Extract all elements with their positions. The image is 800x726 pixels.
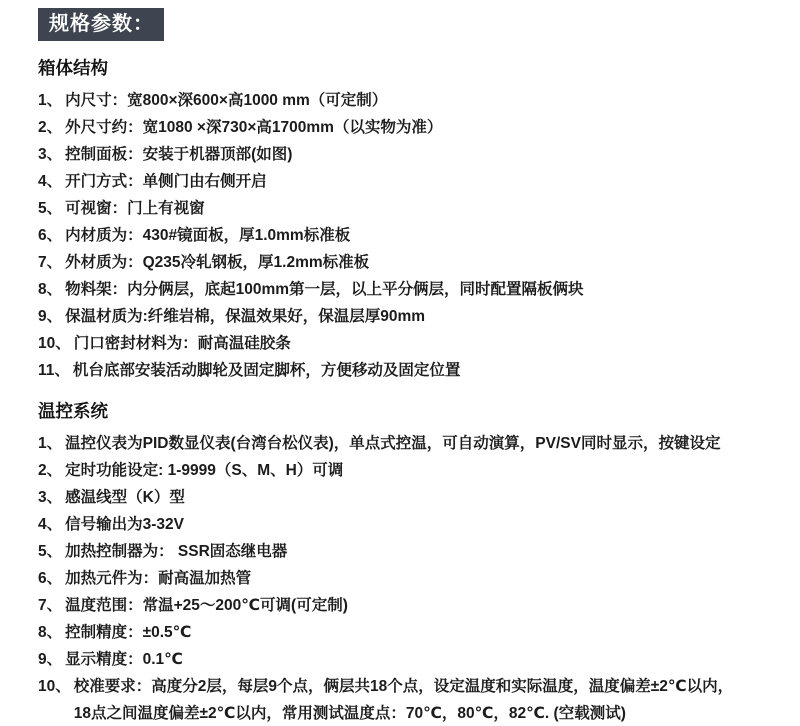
item-number: 3、 <box>38 141 62 168</box>
spec-item: 3、感温线型（K）型 <box>38 484 770 511</box>
item-number: 9、 <box>38 646 62 673</box>
item-text: 温度范围：常温+25～200℃可调(可定制) <box>65 592 770 619</box>
item-text: 控制面板：安装于机器顶部(如图) <box>65 141 770 168</box>
item-number: 6、 <box>38 565 62 592</box>
box-structure-list: 1、内尺寸：宽800×深600×高1000 mm（可定制） 2、外尺寸约：宽10… <box>38 87 770 384</box>
section-box-structure: 箱体结构 1、内尺寸：宽800×深600×高1000 mm（可定制） 2、外尺寸… <box>38 57 770 384</box>
section-temp-control: 温控系统 1、温控仪表为PID数显仪表(台湾台松仪表)，单点式控温，可自动演算，… <box>38 400 770 726</box>
section-title-box-structure: 箱体结构 <box>38 57 770 79</box>
item-text: 外尺寸约：宽1080 ×深730×高1700mm（以实物为准） <box>65 114 770 141</box>
spec-item: 2、外尺寸约：宽1080 ×深730×高1700mm（以实物为准） <box>38 114 770 141</box>
spec-item: 8、物料架：内分俩层，底起100mm第一层，以上平分俩层，同时配置隔板俩块 <box>38 276 770 303</box>
spec-item: 5、加热控制器为： SSR固态继电器 <box>38 538 770 565</box>
spec-item: 7、温度范围：常温+25～200℃可调(可定制) <box>38 592 770 619</box>
item-number: 2、 <box>38 457 62 484</box>
section-title-temp-control: 温控系统 <box>38 400 770 422</box>
item-number: 4、 <box>38 511 62 538</box>
item-text: 外材质为：Q235冷轧钢板，厚1.2mm标准板 <box>65 249 770 276</box>
spec-item: 1、内尺寸：宽800×深600×高1000 mm（可定制） <box>38 87 770 114</box>
spec-item: 6、内材质为：430#镜面板，厚1.0mm标准板 <box>38 222 770 249</box>
item-number: 3、 <box>38 484 62 511</box>
item-text: 内尺寸：宽800×深600×高1000 mm（可定制） <box>65 87 770 114</box>
item-number: 7、 <box>38 592 62 619</box>
spec-item: 9、显示精度：0.1℃ <box>38 646 770 673</box>
item-text: 信号输出为3-32V <box>65 511 770 538</box>
item-text: 加热控制器为： SSR固态继电器 <box>65 538 770 565</box>
item-number: 7、 <box>38 249 62 276</box>
item-text: 定时功能设定: 1-9999（S、M、H）可调 <box>65 457 770 484</box>
item-number: 8、 <box>38 619 62 646</box>
spec-item: 10、门口密封材料为：耐高温硅胶条 <box>38 330 770 357</box>
spec-item: 11、机台底部安装活动脚轮及固定脚杯，方便移动及固定位置 <box>38 357 770 384</box>
item-number: 10、 <box>38 673 71 700</box>
item-text: 校准要求：高度分2层，每层9个点，俩层共18个点，设定温度和实际温度，温度偏差±… <box>74 673 770 726</box>
item-number: 1、 <box>38 87 62 114</box>
item-text: 门口密封材料为：耐高温硅胶条 <box>74 330 770 357</box>
item-number: 10、 <box>38 330 71 357</box>
item-number: 2、 <box>38 114 62 141</box>
item-text: 机台底部安装活动脚轮及固定脚杯，方便移动及固定位置 <box>73 357 770 384</box>
spec-item: 9、保温材质为:纤维岩棉，保温效果好，保温层厚90mm <box>38 303 770 330</box>
item-number: 11、 <box>38 357 70 384</box>
item-text: 加热元件为：耐高温加热管 <box>65 565 770 592</box>
spec-item: 6、加热元件为：耐高温加热管 <box>38 565 770 592</box>
spec-item: 2、定时功能设定: 1-9999（S、M、H）可调 <box>38 457 770 484</box>
item-text: 开门方式：单侧门由右侧开启 <box>65 168 770 195</box>
item-text: 温控仪表为PID数显仪表(台湾台松仪表)，单点式控温，可自动演算，PV/SV同时… <box>65 430 770 457</box>
item-number: 4、 <box>38 168 62 195</box>
item-text: 可视窗：门上有视窗 <box>65 195 770 222</box>
spec-item: 3、控制面板：安装于机器顶部(如图) <box>38 141 770 168</box>
item-number: 6、 <box>38 222 62 249</box>
spec-item: 7、外材质为：Q235冷轧钢板，厚1.2mm标准板 <box>38 249 770 276</box>
item-text-line: 18点之间温度偏差±2℃以内，常用测试温度点：70℃，80℃，82℃. (空载测… <box>74 700 770 726</box>
item-number: 5、 <box>38 195 62 222</box>
spec-item: 1、温控仪表为PID数显仪表(台湾台松仪表)，单点式控温，可自动演算，PV/SV… <box>38 430 770 457</box>
item-text: 控制精度：±0.5℃ <box>65 619 770 646</box>
item-text-line: 校准要求：高度分2层，每层9个点，俩层共18个点，设定温度和实际温度，温度偏差±… <box>74 673 770 700</box>
spec-document-page: 规格参数： 箱体结构 1、内尺寸：宽800×深600×高1000 mm（可定制）… <box>0 0 800 726</box>
spec-item: 5、可视窗：门上有视窗 <box>38 195 770 222</box>
spec-item: 8、控制精度：±0.5℃ <box>38 619 770 646</box>
item-text: 物料架：内分俩层，底起100mm第一层，以上平分俩层，同时配置隔板俩块 <box>65 276 770 303</box>
item-number: 5、 <box>38 538 62 565</box>
spec-item: 4、开门方式：单侧门由右侧开启 <box>38 168 770 195</box>
item-text: 内材质为：430#镜面板，厚1.0mm标准板 <box>65 222 770 249</box>
item-number: 1、 <box>38 430 62 457</box>
spec-item: 4、信号输出为3-32V <box>38 511 770 538</box>
item-text: 保温材质为:纤维岩棉，保温效果好，保温层厚90mm <box>65 303 770 330</box>
item-text: 感温线型（K）型 <box>65 484 770 511</box>
item-text: 显示精度：0.1℃ <box>65 646 770 673</box>
spec-params-badge: 规格参数： <box>38 8 164 41</box>
temp-control-list: 1、温控仪表为PID数显仪表(台湾台松仪表)，单点式控温，可自动演算，PV/SV… <box>38 430 770 726</box>
item-number: 8、 <box>38 276 62 303</box>
spec-item: 10、 校准要求：高度分2层，每层9个点，俩层共18个点，设定温度和实际温度，温… <box>38 673 770 726</box>
item-number: 9、 <box>38 303 62 330</box>
